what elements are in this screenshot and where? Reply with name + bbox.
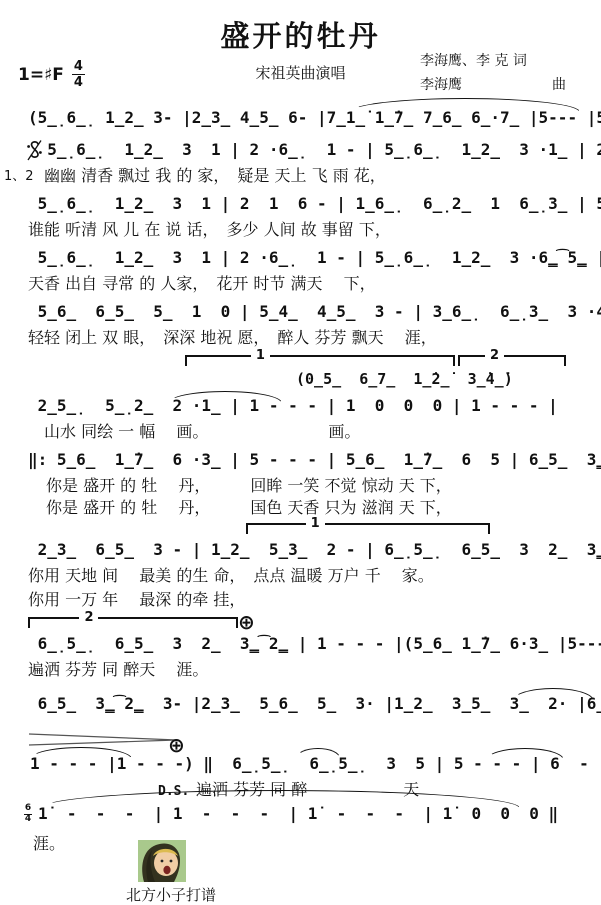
lyrics-line-2: 谁能 听清 风 儿 在 说 话， 多少 人间 故 事留 下， bbox=[28, 222, 391, 238]
typesetter-avatar bbox=[138, 840, 186, 882]
volta-1-label: 1 bbox=[251, 348, 270, 363]
volta-bracket-1-chorus: 1 bbox=[246, 523, 490, 534]
notation-line-7: 2̲3̲ 6̲5̲ 3 - | 1̲2̲ 5̲3̲ 2 - | 6̲̣5̲̣ 6… bbox=[28, 542, 601, 558]
time-change-numerator: 6 bbox=[25, 804, 31, 813]
notation-line-2: 5̲̣6̲̣ 1̲2̲ 3 1 | 2 1 6 - | 1̲6̲̣ 6̲̣2̲ … bbox=[28, 196, 601, 212]
notation-line-10: 1 - - - |1 - - -) ‖ 6̲̣5̲̣ 6̲̣5̲̣ 3 5 | … bbox=[30, 756, 601, 772]
notation-line-6: ‖: 5̲6̲ 1̲̇7̲ 6 ·3̲ | 5 - - - | 5̲6̲ 1̲̇… bbox=[28, 452, 601, 468]
notation-line-4: 5̲6̲ 6̲5̲ 5̲ 1 0 | 5̲4̲ 4̲5̲ 3 - | 3̲6̲̣… bbox=[28, 304, 601, 320]
notation-line-5: 2̲5̲̣ 5̲̣2̲ 2 ·1̲ | 1 - - - | 1 0 0 0 | … bbox=[28, 398, 558, 414]
typesetter-credit: 北方小子打谱 bbox=[126, 884, 216, 905]
lyrics-line-1: 幽幽 清香 飘过 我 的 家， 疑是 天上 飞 雨 花， bbox=[44, 168, 386, 184]
volta-2-label: 2 bbox=[485, 348, 504, 363]
lyrics-line-7a: 你用 天地 间 最美 的生 命， 点点 温暖 万户 千 家。 bbox=[28, 568, 434, 584]
notation-line-3: 5̲̣6̲̣ 1̲2̲ 3 1 | 2 ·6̲̣ 1 - | 5̲̣6̲̣ 1̲… bbox=[28, 250, 601, 266]
credits: 李海鹰、李 克 词 李海鹰 曲 bbox=[420, 50, 566, 98]
notation-line-intro: (5̲̣6̲̣ 1̲2̲ 3- |2̲3̲ 4̲5̲ 6- |7̲1̲̇ 1̲̇… bbox=[28, 110, 601, 126]
volta-1-label: 1 bbox=[306, 516, 325, 531]
notation-line-9: 6̲5̲ 3̳͡2̳ 3- |2̲3̲ 5̲6̲ 5̲ 3· |1̲2̲ 3̲5… bbox=[28, 696, 601, 712]
lyrics-line-5: 山水 同绘 一 幅 画。 画。 bbox=[44, 424, 360, 440]
time-change-denominator: 4 bbox=[25, 815, 31, 824]
song-title: 盛开的牡丹 bbox=[0, 14, 601, 55]
coda-icon: ⊕ bbox=[238, 610, 255, 634]
interlude-notes: (0̲5̲ 6̲7̲ 1̲̇2̲̇ 3̲̇4̲̇) bbox=[296, 372, 513, 387]
decrescendo-hairpin bbox=[28, 731, 180, 747]
lyrics-line-11: 涯。 bbox=[33, 836, 65, 852]
composer-role: 曲 bbox=[552, 74, 566, 98]
volta-2-label: 2 bbox=[79, 610, 98, 625]
volta-bracket-2: 2 bbox=[458, 355, 566, 366]
composer-name: 李海鹰 bbox=[420, 74, 462, 98]
lyrics-line-6a: 你是 盛开 的 牡 丹， 回眸 一笑 不觉 惊动 天 下， bbox=[46, 478, 452, 494]
notation-line-11: 1̇ - - - | 1 - - - | 1̇ - - - | 1̇ 0 0 0… bbox=[38, 806, 558, 822]
notation-line-1: 5̲̣6̲̣ 1̲2̲ 3 1 | 2 ·6̲̣ 1 - | 5̲̣6̲̣ 1̲… bbox=[28, 142, 601, 158]
time-change-signature: 6 4 bbox=[24, 804, 32, 824]
volta-bracket-2-chorus: 2 bbox=[28, 617, 238, 628]
sheet-music-page: 盛开的牡丹 1=♯F 4 4 宋祖英曲演唱 李海鹰、李 克 词 李海鹰 曲 (5… bbox=[0, 0, 601, 905]
lyrics-line-8: 遍洒 芬芳 同 醉天 涯。 bbox=[28, 662, 208, 678]
lyrics-line-3: 天香 出自 寻常 的 人家， 花开 时节 满天 下， bbox=[28, 276, 376, 292]
lyrics-line-4: 轻轻 闭上 双 眼， 深深 地祝 愿， 醉人 芬芳 飘天 涯， bbox=[28, 330, 437, 346]
lyricist-credit: 李海鹰、李 克 词 bbox=[420, 50, 566, 74]
lyrics-line-7b: 你用 一万 年 最深 的牵 挂， bbox=[28, 592, 245, 608]
composer-credit: 李海鹰 曲 bbox=[420, 74, 566, 98]
volta-bracket-1: 1 bbox=[185, 355, 455, 366]
verse-numbers: 1、2 bbox=[4, 170, 34, 183]
lyrics-line-6b: 你是 盛开 的 牡 丹， 国色 天香 只为 滋润 天 下， bbox=[46, 500, 452, 516]
notation-line-8: 6̲̣5̲̣ 6̲5̲ 3 2̲ 3̳͡2̳ | 1 - - - |(5̲6̲ … bbox=[28, 636, 601, 652]
